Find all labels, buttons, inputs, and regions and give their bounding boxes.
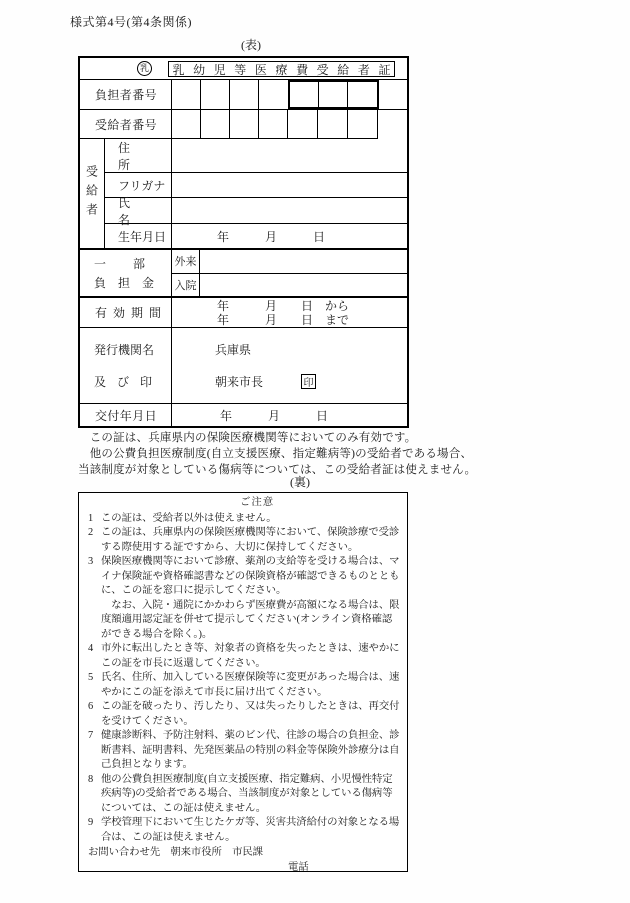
note-number: 6: [88, 700, 101, 729]
issue-date-placeholder: 年 月 日: [172, 404, 407, 426]
payer-number-cells: [172, 80, 379, 109]
note-text: 市外に転出したとき等、対象者の資格を失ったときは、速やかにこの証を市長に返還して…: [101, 642, 402, 671]
recipient-number-row: 受給者番号: [80, 110, 407, 139]
digit-cell: [259, 110, 288, 138]
digit-cell: [172, 110, 201, 138]
certificate-header-row: 乳 乳幼児等医療費受給者証: [80, 58, 407, 80]
address-row: 住所: [105, 139, 407, 173]
validity-period-content: 年 月 日 から 年 月 日 まで: [172, 298, 407, 327]
note-number: 5: [88, 671, 101, 700]
back-notes-title: ご注意: [240, 496, 402, 511]
digit-cell: [259, 80, 288, 109]
name-value-cell: [172, 198, 407, 223]
issuer-label-line2: 及び印: [94, 373, 171, 390]
note-text: この証を破ったり、汚したり、又は失ったりしたときは、再交付を受けてください。: [101, 700, 402, 729]
contact-line: お問い合わせ先 朝来市役所 市民課: [88, 846, 402, 861]
name-label: 氏名: [118, 194, 171, 228]
digit-cell: [379, 80, 407, 109]
note-number: 8: [88, 773, 101, 817]
note-item-3: 3 保険医療機関等において診療、薬剤の支給等を受ける場合は、マイナ保険証や資格確…: [88, 555, 402, 599]
outpatient-label: 外来: [172, 250, 200, 273]
name-row: 氏名: [105, 198, 407, 224]
payer-number-highlight-box: [288, 80, 379, 109]
furigana-label: フリガナ: [118, 177, 165, 194]
note-item-3-supplement: なお、入院・通院にかかわらず医療費が高額になる場合は、限度額適用認定証を併せて提…: [101, 599, 402, 643]
seal-box: 印: [301, 374, 316, 389]
validity-to-line: 年 月 日 まで: [172, 313, 407, 327]
front-notes: この証は、兵庫県内の保険医療機関等においてのみ有効です。 他の公費負担医療制度(…: [78, 430, 538, 478]
note-number: 2: [88, 526, 101, 555]
furigana-value-cell: [172, 173, 407, 197]
empty-strip: [378, 110, 407, 139]
note-text: この証は、受給者以外は使えません。: [101, 512, 402, 527]
digit-cell: [288, 110, 318, 138]
digit-cell: [172, 80, 201, 109]
validity-from-line: 年 月 日 から: [172, 299, 407, 313]
note-text: 氏名、住所、加入している医療保険等に変更があった場合は、速やかにこの証を添えて市…: [101, 671, 402, 700]
back-side-marker: (裏): [290, 473, 310, 490]
recipient-group-column: 受給者: [80, 139, 105, 248]
front-side-marker: (表): [241, 36, 261, 53]
issuer-prefecture: 兵庫県: [215, 341, 407, 358]
digit-cell: [201, 110, 230, 138]
form-document: 様式第4号(第4条関係) (表) 乳 乳幼児等医療費受給者証 負担者番号: [0, 0, 630, 903]
validity-period-row: 有効期間 年 月 日 から 年 月 日 まで: [80, 298, 407, 328]
issuer-mayor: 朝来市長: [215, 373, 263, 390]
inpatient-label: 入院: [172, 274, 200, 297]
copayment-section: 一部 負担金 外来 入院: [80, 250, 407, 298]
digit-cell: [201, 80, 230, 109]
note-text: 学校管理下において生じたケガ等、災害共済給付の対象となる場合は、この証は使えませ…: [101, 816, 402, 845]
copayment-label: 一部 負担金: [80, 250, 172, 296]
note-number: 3: [88, 555, 101, 599]
form-number: 様式第4号(第4条関係): [70, 13, 192, 30]
note-item-6: 6 この証を破ったり、汚したり、又は失ったりしたときは、再交付を受けてください。: [88, 700, 402, 729]
certificate-title: 乳幼児等医療費受給者証: [172, 61, 399, 78]
note-text: 保険医療機関等において診療、薬剤の支給等を受ける場合は、マイナ保険証や資格確認書…: [101, 555, 402, 599]
note-item-7: 7 健康診断料、予防注射料、薬のビン代、往診の場合の負担金、診断書料、証明書料、…: [88, 729, 402, 773]
birthdate-row: 生年月日 年 月 日: [105, 224, 407, 248]
outpatient-value-cell: [200, 250, 407, 273]
digit-cell: [230, 110, 259, 138]
note-text: この証は、兵庫県内の保険医療機関等において、保険診療で受診する際使用する証ですか…: [101, 526, 402, 555]
note-item-2: 2 この証は、兵庫県内の保険医療機関等において、保険診療で受診する際使用する証で…: [88, 526, 402, 555]
front-note-line: この証は、兵庫県内の保険医療機関等においてのみ有効です。: [78, 430, 538, 446]
note-number: 7: [88, 729, 101, 773]
payer-number-label: 負担者番号: [80, 80, 172, 109]
note-text: 他の公費負担医療制度(自立支援医療、指定難病、小児慢性特定疾病等)の受給者である…: [101, 773, 402, 817]
issue-date-label: 交付年月日: [80, 404, 172, 426]
address-value-cell: [172, 139, 407, 172]
certificate-back-box: ご注意 1 この証は、受給者以外は使えません。 2 この証は、兵庫県内の保険医療…: [78, 492, 408, 872]
inpatient-value-cell: [200, 274, 407, 297]
note-item-4: 4 市外に転出したとき等、対象者の資格を失ったときは、速やかにこの証を市長に返還…: [88, 642, 402, 671]
digit-cell: [348, 110, 378, 138]
birthdate-label: 生年月日: [118, 228, 166, 245]
digit-cell: [230, 80, 259, 109]
outpatient-row: 外来: [172, 250, 407, 274]
issuer-label-line1: 発行機関名: [94, 341, 171, 358]
certificate-title-box: 乳幼児等医療費受給者証: [168, 61, 395, 77]
issue-date-row: 交付年月日 年 月 日: [80, 404, 407, 426]
payer-number-row: 負担者番号: [80, 80, 407, 110]
issuer-label: 発行機関名 及び印: [80, 328, 172, 403]
phone-label: 電話: [288, 861, 402, 873]
issuer-row: 発行機関名 及び印 兵庫県 朝来市長 印: [80, 328, 407, 404]
recipient-number-label: 受給者番号: [80, 110, 172, 139]
front-note-line: 他の公費負担医療制度(自立支援医療、指定難病等)の受給者である場合、: [78, 446, 538, 462]
certificate-front-table: 乳 乳幼児等医療費受給者証 負担者番号 受給者番号: [78, 56, 409, 428]
inpatient-row: 入院: [172, 274, 407, 297]
birthdate-placeholder: 年 月 日: [172, 224, 407, 248]
note-item-1: 1 この証は、受給者以外は使えません。: [88, 512, 402, 527]
nyuu-circle-badge: 乳: [137, 61, 152, 76]
copayment-label-line1: 一部: [94, 255, 171, 272]
copayment-label-line2: 負担金: [94, 274, 171, 291]
note-item-9: 9 学校管理下において生じたケガ等、災害共済給付の対象となる場合は、この証は使え…: [88, 816, 402, 845]
recipient-rows: 住所 フリガナ 氏名 生年月日 年 月 日: [105, 139, 407, 248]
address-label: 住所: [118, 139, 171, 173]
digit-cell: [318, 110, 348, 138]
note-number: 9: [88, 816, 101, 845]
recipient-number-cells: [172, 110, 378, 139]
copayment-rows: 外来 入院: [172, 250, 407, 296]
note-text: 健康診断料、予防注射料、薬のビン代、往診の場合の負担金、診断書料、証明書料、先発…: [101, 729, 402, 773]
validity-period-label: 有効期間: [95, 304, 167, 321]
note-number: 4: [88, 642, 101, 671]
digit-cell: [290, 82, 319, 107]
note-item-5: 5 氏名、住所、加入している医療保険等に変更があった場合は、速やかにこの証を添え…: [88, 671, 402, 700]
note-item-8: 8 他の公費負担医療制度(自立支援医療、指定難病、小児慢性特定疾病等)の受給者で…: [88, 773, 402, 817]
digit-cell: [319, 82, 348, 107]
issuer-content: 兵庫県 朝来市長 印: [172, 328, 407, 403]
note-number: 1: [88, 512, 101, 527]
digit-cell: [348, 82, 377, 107]
recipient-section: 受給者 住所 フリガナ 氏名 生年月日 年 月 日: [80, 139, 407, 250]
recipient-group-label: 受給者: [84, 165, 101, 222]
